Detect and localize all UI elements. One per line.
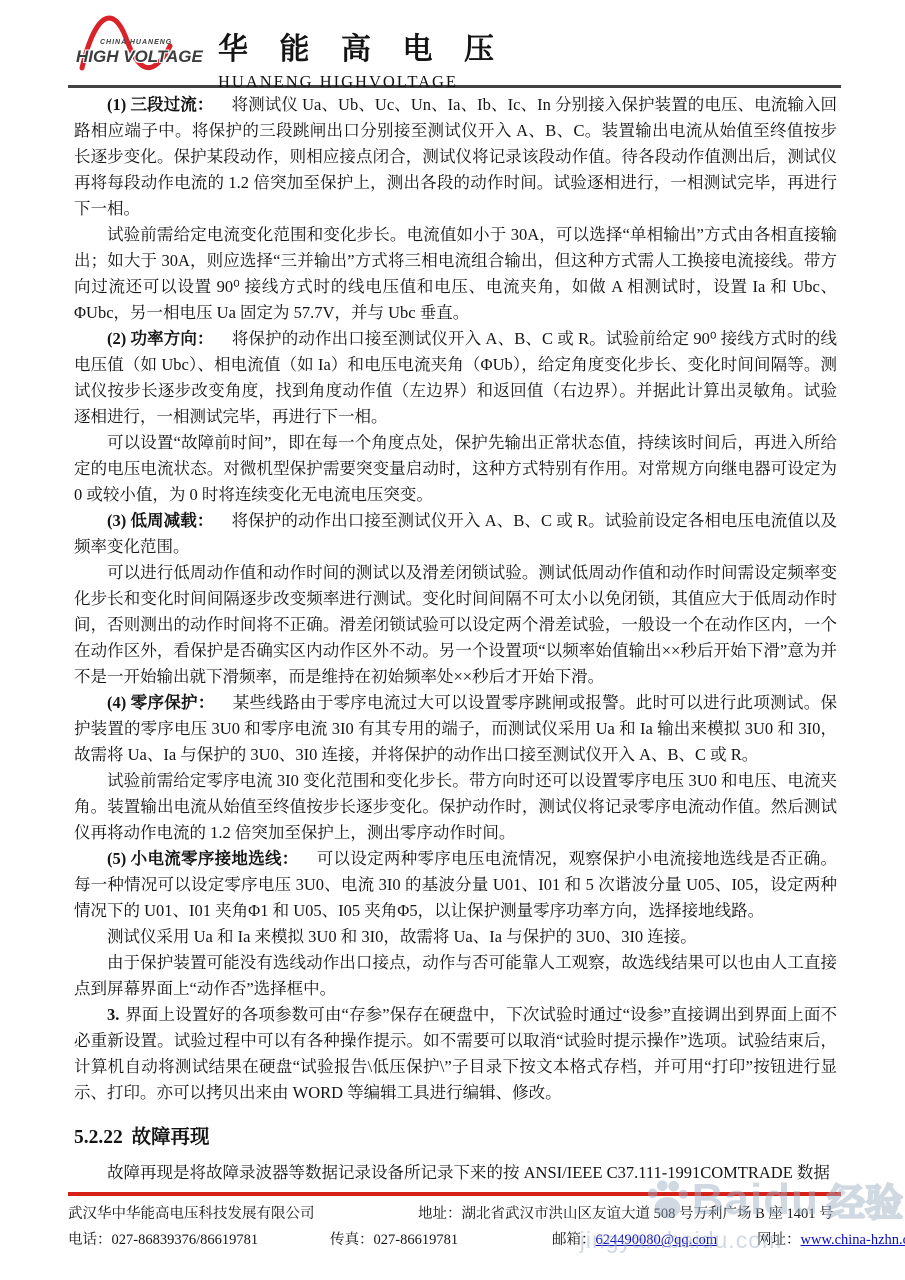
footer-address: 地址：湖北省武汉市洪山区友谊大道 508 号万利广场 B 座 1401 号	[418, 1201, 834, 1227]
paragraph-label: (3) 低周减载：	[107, 511, 213, 530]
footer-email: 邮箱：624490080@qq.com	[552, 1227, 757, 1253]
document-body: (1) 三段过流：将测试仪 Ua、Ub、Uc、Un、Ia、Ib、Ic、In 分别…	[74, 92, 837, 1186]
company-title-en: HUANENG HIGHVOLTAGE	[218, 72, 506, 92]
section-number: 5.2.22	[74, 1127, 123, 1148]
logo-top-text: CHINA HUANENG	[100, 39, 210, 46]
footer: 武汉华中华能高电压科技发展有限公司 地址：湖北省武汉市洪山区友谊大道 508 号…	[68, 1192, 841, 1253]
paragraph-save-params: 3.界面上设置好的各项参数可由“存参”保存在硬盘中，下次试验时通过“设参”直接调…	[74, 1002, 837, 1106]
paragraph-text: 故障再现是将故障录波器等数据记录设备所记录下来的按 ANSI/IEEE C37.…	[107, 1163, 830, 1182]
section-title: 故障再现	[132, 1127, 210, 1148]
company-title-cn: 华 能 高 电 压	[218, 24, 506, 68]
section-body-paragraph: 故障再现是将故障录波器等数据记录设备所记录下来的按 ANSI/IEEE C37.…	[74, 1160, 837, 1186]
company-logo: CHINA HUANENG HIGH VOLTAGE	[74, 4, 206, 84]
logo-bottom-text: HIGH VOLTAGE	[76, 47, 206, 67]
footer-phone-label: 电话：	[68, 1232, 112, 1248]
section-heading: 5.2.22故障再现	[74, 1124, 837, 1152]
paragraph: 可以进行低周动作值和动作时间的测试以及滑差闭锁试验。测试低周动作值和动作时间需设…	[74, 560, 837, 690]
paragraph-power-direction: (2) 功率方向：将保护的动作出口接至测试仪开入 A、B、C 或 R。试验前给定…	[74, 326, 837, 430]
footer-address-value: 湖北省武汉市洪山区友谊大道 508 号万利广场 B 座 1401 号	[462, 1206, 834, 1222]
footer-company-name: 武汉华中华能高电压科技发展有限公司	[68, 1201, 418, 1227]
paragraph: 试验前需给定零序电流 3I0 变化范围和变化步长。带方向时还可以设置零序电压 3…	[74, 768, 837, 846]
footer-website: 网址：www.china-hzhn.com	[757, 1227, 905, 1253]
paragraph-underfrequency: (3) 低周减载：将保护的动作出口接至测试仪开入 A、B、C 或 R。试验前设定…	[74, 508, 837, 560]
footer-row-2: 电话：027-86839376/86619781 传真：027-86619781…	[68, 1227, 841, 1253]
footer-row-1: 武汉华中华能高电压科技发展有限公司 地址：湖北省武汉市洪山区友谊大道 508 号…	[68, 1201, 841, 1227]
paragraph-text: 可以进行低周动作值和动作时间的测试以及滑差闭锁试验。测试低周动作值和动作时间需设…	[74, 563, 837, 686]
paragraph-text: 可以设置“故障前时间”，即在每一个角度点处，保护先输出正常状态值，持续该时间后，…	[74, 433, 837, 504]
footer-fax-label: 传真：	[330, 1232, 374, 1248]
paragraph-zero-sequence: (4) 零序保护：某些线路由于零序电流过大可以设置零序跳闸或报警。此时可以进行此…	[74, 690, 837, 768]
paragraph-label: (2) 功率方向：	[107, 329, 214, 348]
paragraph-text: 测试仪采用 Ua 和 Ia 来模拟 3U0 和 3I0，故需将 Ua、Ia 与保…	[107, 927, 697, 946]
brand-titles: 华 能 高 电 压 HUANENG HIGHVOLTAGE	[218, 24, 506, 92]
footer-address-label: 地址：	[418, 1206, 462, 1222]
document-page: CHINA HUANENG HIGH VOLTAGE 华 能 高 电 压 HUA…	[0, 0, 905, 1280]
footer-phone: 电话：027-86839376/86619781	[68, 1227, 330, 1253]
paragraph-label: (4) 零序保护：	[107, 693, 215, 712]
paragraph-text: 由于保护装置可能没有选线动作出口接点，动作与否可能靠人工观察，故选线结果可以也由…	[74, 953, 837, 998]
paragraph-label: 3.	[107, 1005, 119, 1024]
paragraph-text: 界面上设置好的各项参数可由“存参”保存在硬盘中，下次试验时通过“设参”直接调出到…	[74, 1005, 837, 1102]
footer-fax: 传真：027-86619781	[330, 1227, 552, 1253]
paragraph-line-selection: (5) 小电流零序接地选线：可以设定两种零序电压电流情况，观察保护小电流接地选线…	[74, 846, 837, 924]
header: CHINA HUANENG HIGH VOLTAGE 华 能 高 电 压 HUA…	[68, 4, 841, 88]
footer-website-label: 网址：	[757, 1232, 801, 1248]
footer-email-label: 邮箱：	[552, 1232, 596, 1248]
website-link[interactable]: www.china-hzhn.com	[801, 1232, 905, 1248]
email-link[interactable]: 624490080@qq.com	[596, 1232, 718, 1248]
paragraph-text: 试验前需给定零序电流 3I0 变化范围和变化步长。带方向时还可以设置零序电压 3…	[74, 771, 837, 842]
paragraph: 测试仪采用 Ua 和 Ia 来模拟 3U0 和 3I0，故需将 Ua、Ia 与保…	[74, 924, 837, 950]
paragraph-overcurrent: (1) 三段过流：将测试仪 Ua、Ub、Uc、Un、Ia、Ib、Ic、In 分别…	[74, 92, 837, 222]
paragraph: 由于保护装置可能没有选线动作出口接点，动作与否可能靠人工观察，故选线结果可以也由…	[74, 950, 837, 1002]
footer-phone-value: 027-86839376/86619781	[112, 1232, 259, 1248]
paragraph-label: (1) 三段过流：	[107, 95, 213, 114]
paragraph: 试验前需给定电流变化范围和变化步长。电流值如小于 30A，可以选择“单相输出”方…	[74, 222, 837, 326]
footer-fax-value: 027-86619781	[374, 1232, 459, 1248]
paragraph: 可以设置“故障前时间”，即在每一个角度点处，保护先输出正常状态值，持续该时间后，…	[74, 430, 837, 508]
paragraph-label: (5) 小电流零序接地选线：	[107, 849, 299, 868]
paragraph-text: 试验前需给定电流变化范围和变化步长。电流值如小于 30A，可以选择“单相输出”方…	[74, 225, 837, 322]
